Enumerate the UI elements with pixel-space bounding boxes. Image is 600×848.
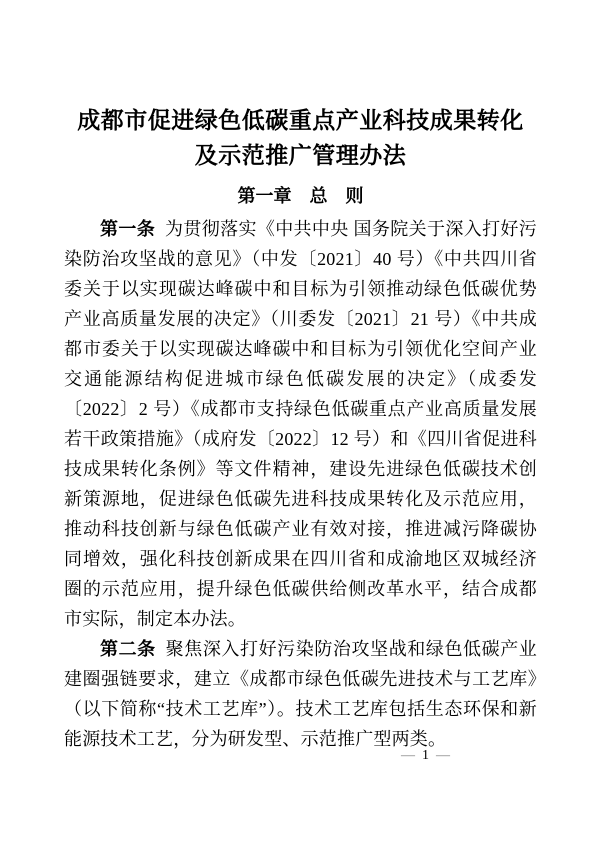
page-number: —1— xyxy=(401,748,450,764)
article-2: 第二条聚焦深入打好污染防治攻坚战和绿色低碳产业建圈强链要求，建立《成都市绿色低碳… xyxy=(64,634,537,754)
page-number-dash-right: — xyxy=(436,748,450,763)
document-title-line1: 成都市促进绿色低碳重点产业科技成果转化 xyxy=(64,103,537,138)
article-1-label: 第一条 xyxy=(100,219,155,239)
document-title: 成都市促进绿色低碳重点产业科技成果转化 及示范推广管理办法 xyxy=(64,103,537,173)
article-2-label: 第二条 xyxy=(100,639,156,659)
document-body: 第一条为贯彻落实《中共中央 国务院关于深入打好污染防治攻坚战的意见》（中发〔20… xyxy=(64,214,537,754)
article-1-text: 为贯彻落实《中共中央 国务院关于深入打好污染防治攻坚战的意见》（中发〔2021〕… xyxy=(64,219,537,629)
chapter-heading: 第一章 总 则 xyxy=(64,184,537,208)
article-1: 第一条为贯彻落实《中共中央 国务院关于深入打好污染防治攻坚战的意见》（中发〔20… xyxy=(64,214,537,634)
document-title-line2: 及示范推广管理办法 xyxy=(64,138,537,173)
page-number-dash-left: — xyxy=(401,748,415,763)
document-content: 成都市促进绿色低碳重点产业科技成果转化 及示范推广管理办法 第一章 总 则 第一… xyxy=(64,0,537,754)
document-page: 成都市促进绿色低碳重点产业科技成果转化 及示范推广管理办法 第一章 总 则 第一… xyxy=(0,0,600,848)
page-number-value: 1 xyxy=(422,748,429,763)
